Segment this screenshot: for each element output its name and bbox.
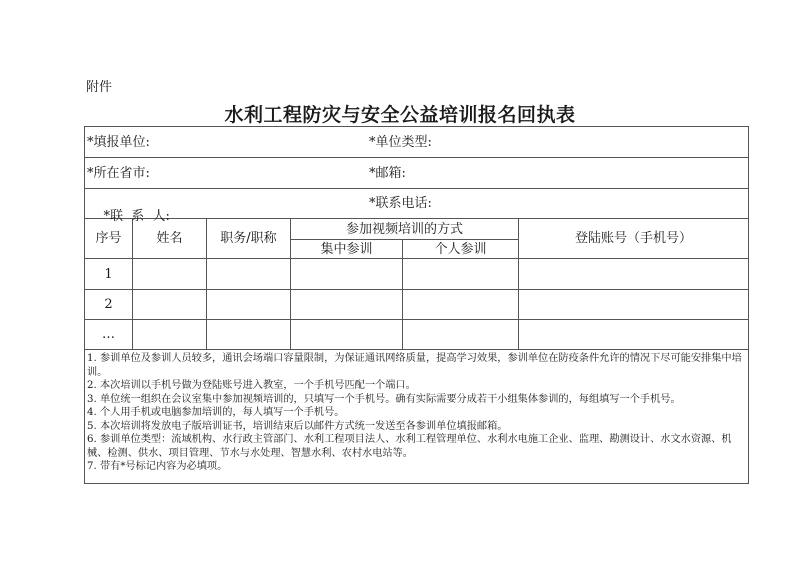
cell-account[interactable] <box>519 290 748 319</box>
cell-name[interactable] <box>133 320 206 349</box>
cell-account[interactable] <box>519 259 748 289</box>
note-item: 7. 带有*号标记内容为必填项。 <box>87 460 744 474</box>
field-province-city[interactable]: *所在省市: <box>87 167 150 180</box>
row-divider <box>85 349 748 350</box>
header-index: 序号 <box>85 219 132 258</box>
attachment-label: 附件 <box>86 76 112 95</box>
row-divider <box>85 188 748 189</box>
field-label: *所在省市: <box>87 166 150 181</box>
cell-position[interactable] <box>207 290 290 319</box>
field-contact-phone[interactable]: *联系电话: <box>369 197 432 210</box>
note-item: 2. 本次培训以手机号做为登陆账号进入教室，一个手机号匹配一个端口。 <box>87 379 744 393</box>
cell-centralized[interactable] <box>291 259 402 289</box>
row-divider <box>85 157 748 158</box>
form-title: 水利工程防灾与安全公益培训报名回执表 <box>0 100 800 127</box>
note-item: 3. 单位统一组织在会议室集中参加视频培训的，只填写一个手机号。确有实际需要分成… <box>87 393 744 407</box>
cell-individual[interactable] <box>403 320 518 349</box>
notes-section: 1. 参训单位及参训人员较多，通讯会场端口容量限制，为保证通讯网络质量，提高学习… <box>87 352 744 474</box>
cell-account[interactable] <box>519 320 748 349</box>
field-label: *联系电话: <box>369 196 432 211</box>
cell-individual[interactable] <box>403 290 518 319</box>
cell-individual[interactable] <box>403 259 518 289</box>
field-label: *邮箱: <box>369 166 406 181</box>
field-reporting-unit[interactable]: *填报单位: <box>87 136 150 149</box>
field-label: *填报单位: <box>87 135 150 150</box>
header-name: 姓名 <box>133 219 206 258</box>
note-item: 6. 参训单位类型：流域机构、水行政主管部门、水利工程项目法人、水利工程管理单位… <box>87 433 744 460</box>
header-position: 职务/职称 <box>207 219 290 258</box>
header-method-group: 参加视频培训的方式 <box>291 219 518 239</box>
field-label: *单位类型: <box>369 135 432 150</box>
cell-name[interactable] <box>133 290 206 319</box>
row-index: 1 <box>85 259 132 289</box>
note-item: 1. 参训单位及参训人员较多，通讯会场端口容量限制，为保证通讯网络质量，提高学习… <box>87 352 744 379</box>
row-index: 2 <box>85 290 132 319</box>
cell-centralized[interactable] <box>291 290 402 319</box>
note-item: 5. 本次培训将发放电子版培训证书，培训结束后以邮件方式统一发送至各参训单位填报… <box>87 420 744 434</box>
field-unit-type[interactable]: *单位类型: <box>369 136 432 149</box>
field-email[interactable]: *邮箱: <box>369 167 406 180</box>
cell-centralized[interactable] <box>291 320 402 349</box>
note-item: 4. 个人用手机或电脑参加培训的，每人填写一个手机号。 <box>87 406 744 420</box>
header-method-individual: 个人参训 <box>403 240 518 258</box>
registration-form-table: *填报单位: *单位类型: *所在省市: *邮箱: *联 系 人: *联系电话:… <box>84 126 749 484</box>
cell-position[interactable] <box>207 320 290 349</box>
cell-name[interactable] <box>133 259 206 289</box>
row-index: … <box>85 320 132 349</box>
header-method-centralized: 集中参训 <box>291 240 402 258</box>
header-account: 登陆账号（手机号） <box>519 219 748 258</box>
cell-position[interactable] <box>207 259 290 289</box>
